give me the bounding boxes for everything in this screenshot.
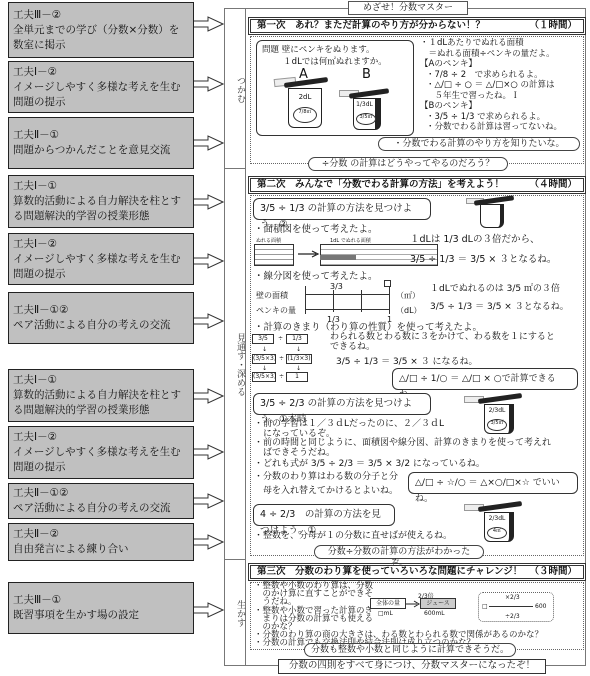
callout-1: 工夫Ⅲ－② 全単元までの学び（分数×分数）を数室に掲示 [8, 2, 194, 58]
rule-steps: 3/5 ÷ 1/3 ↓ ↓ (3/5×3) ÷ (1/3×3) ↓ ↓ (3/5… [252, 334, 328, 384]
callout-body: 全単元までの学び（分数×分数）を数室に掲示 [13, 23, 189, 53]
task3-box: 4 ÷ 2/3 の計算の方法を見つけよう。① [253, 504, 395, 526]
can-area: 7/8㎡ [293, 107, 317, 123]
arrow-icon [194, 534, 224, 550]
can-label: 2/3dL [485, 407, 509, 415]
phase-tsukamu: つかむ [224, 8, 246, 168]
arrow-icon [194, 388, 224, 404]
line-result-2: 3/5 ÷ 1/3 ＝ 3/5 × ３となるね。 [430, 302, 569, 313]
section3-header: 第三次 分数のわり算を使っていろいろな問題にチャレンジ！ （３時間） [250, 565, 584, 579]
callout-title: 工夫Ⅱ－② [13, 527, 189, 542]
paint-can-icon: 2/3dL 4㎡ [474, 500, 524, 544]
rule-text-3: 3/5 ÷ 1/3 ＝ 3/5 × ３ になるね。 [336, 357, 478, 368]
callout-body: 算数的活動による自力解決を柱とする問題解決的学習の授業形態 [13, 194, 189, 224]
section-hours: （１時間） [529, 20, 577, 32]
line-unit-1: （㎡） [396, 290, 420, 301]
diagram-total-box: 全体の量 [370, 598, 406, 609]
note-line: 【Aのペンキ】 [420, 59, 584, 70]
want-to-know-bubble: ・分数でわる計算のやり方を知りたいな。 [378, 137, 580, 151]
line-top-label: 3/3 [330, 281, 343, 292]
callout-title: 工夫Ⅰ－① [13, 373, 189, 388]
rule-text-2: できるね。 [330, 342, 375, 353]
line-bottom [305, 309, 389, 310]
note-line: ・１dLあたりでぬれる面積 [420, 38, 584, 49]
task2-formula-box: △/□ ÷ ☆/○ ＝ △×○/□×☆ でいいね。 [408, 472, 578, 494]
callout-4: 工夫Ⅰ－① 算数的活動による自力解決を柱とする問題解決的学習の授業形態 [8, 175, 194, 228]
problem-line2: １dLでは何㎡ぬれますか。 [262, 56, 408, 68]
step-op: ÷ [279, 373, 284, 380]
can-b-letter: B [362, 68, 371, 81]
callout-title: 工夫Ⅰ－② [13, 237, 189, 252]
section-title: 第二次 みんなで「分数でわる計算の方法」を考えよう！ [257, 179, 504, 191]
callout-body: ペア活動による自分の考えの交流 [13, 318, 189, 333]
area-result-1: １dLは 1/3 dLの３倍だから、 [410, 234, 539, 245]
callout-title: 工夫Ⅲ－② [13, 8, 189, 23]
callout-title: 工夫Ⅰ－① [13, 179, 189, 194]
paint-can-icon [470, 196, 516, 230]
arrow-icon [194, 444, 224, 460]
arrow-icon [194, 135, 224, 151]
callout-body: 算数的活動による自力解決を柱とする問題解決的学習の授業形態 [13, 388, 189, 418]
phase-label: 生かす [235, 600, 245, 627]
can-label: 2/3dL [485, 515, 509, 523]
reverse-top: ×2/3 [505, 594, 520, 601]
note-line: ・3/5 ÷ 1/3 で求められるよ。 [420, 112, 584, 123]
final-goal-banner: 分数の四則をすべて身につけ、分数マスターになったぞ！ [278, 659, 546, 674]
section1-header: 第一次 あれ？まただ計算のやり方が分からない！？ （１時間） [250, 19, 584, 33]
arrow-icon [194, 76, 224, 92]
callout-5: 工夫Ⅰ－② イメージしやすく多様な考えを生む問題の提示 [8, 233, 194, 285]
line-row1-label: 壁の面積 [256, 290, 288, 301]
step-cell: (1/3×3) [286, 354, 312, 364]
callout-title: 工夫Ⅱ－①② [13, 486, 189, 501]
diagram-juice-box: ジュース [420, 598, 456, 609]
callout-8: 工夫Ⅰ－② イメージしやすく多様な考えを生む問題の提示 [8, 426, 194, 479]
step-cell: (3/5×3) [252, 372, 276, 382]
tick [333, 290, 334, 312]
section-title: 第一次 あれ？まただ計算のやり方が分からない！？ [257, 20, 485, 32]
reverse-bottom: ÷2/3 [505, 613, 520, 620]
problem-line1: 壁にペンキをぬります。 [282, 45, 375, 55]
callout-title: 工夫Ⅱ－① [13, 128, 189, 143]
note-line: 【Bのペンキ】 [420, 101, 584, 112]
step-cell: 1/3 [286, 334, 308, 344]
arrow-right-icon [298, 250, 320, 258]
callout-body: イメージしやすく多様な考えを生む問題の提示 [13, 445, 189, 475]
problem-label: 問題 [262, 45, 279, 55]
arrow-icon [194, 313, 224, 329]
phase-mitoosu: 見通す・深める [224, 168, 246, 559]
callout-title: 工夫Ⅲ－① [13, 593, 189, 608]
tick [305, 286, 306, 314]
unknown-box [384, 280, 391, 287]
callout-6: 工夫Ⅱ－①② ペア活動による自分の考えの交流 [8, 292, 194, 344]
area-shaded [320, 255, 356, 260]
callout-body: イメージしやすく多様な考えを生む問題の提示 [13, 252, 189, 282]
note-line: ・7/8 ÷ 2 で求められるよ。 [420, 70, 584, 81]
callout-7: 工夫Ⅰ－① 算数的活動による自力解決を柱とする問題解決的学習の授業形態 [8, 369, 194, 422]
rule-formula-box: △/□ ÷ 1/○ ＝ △/□ × ○で計算できるね。 [392, 368, 578, 390]
step-op: ÷ [278, 335, 283, 342]
callout-11: 工夫Ⅲ－① 既習事項を生かす場の設定 [8, 582, 194, 634]
line-unit-2: （dL） [396, 305, 422, 316]
note-line: ・△/□ ÷ ○ ＝ △/□×○ の計算は [420, 80, 584, 91]
tick [361, 290, 362, 312]
section-hours: （３時間） [529, 566, 577, 578]
line-row2-label: ペンキの量 [256, 305, 296, 316]
note-line: ・分数でわる計算は習ってないね。 [420, 122, 584, 133]
callout-3: 工夫Ⅱ－① 問題からつかんだことを意見交流 [8, 117, 194, 169]
reverse-right: 600 [535, 603, 546, 610]
phase-label: 見通す・深める [235, 333, 245, 396]
area-result-2: 3/5 ÷ 1/3 ＝ 3/5 × ３となるね。 [410, 254, 556, 265]
section2-conclusion: 分数÷分数の計算の方法がわかったぞ。 [314, 545, 484, 559]
note-line: ばできそうだね。 [254, 449, 584, 459]
paint-can-a-icon: 2dL 7/8㎡ [280, 76, 330, 132]
section1-notes: ・１dLあたりでぬれる面積 ＝ぬれる面積÷ペンキの量だよ。 【Aのペンキ】 ・7… [420, 38, 584, 133]
callout-body: ペア活動による自分の考えの交流 [13, 501, 189, 516]
step-cell: (3/5×3) [252, 354, 276, 364]
paint-can-b-icon: 1/3dL 3/5㎡ [345, 88, 391, 134]
reverse-diagram: □ ×2/3 600 ÷2/3 [478, 592, 554, 622]
task2-box: 3/5 ÷ 2/3 の計算の方法を見つけよう。①本時 [253, 393, 431, 415]
phase-label: つかむ [235, 76, 245, 103]
arrow-icon [194, 253, 224, 269]
note-line: ＝ぬれる面積÷ペンキの量だよ。 [420, 49, 584, 60]
arrow-icon [194, 602, 224, 618]
can-area: 3/5㎡ [356, 113, 376, 125]
section2-header: 第二次 みんなで「分数でわる計算の方法」を考えよう！ （４時間） [250, 178, 584, 192]
can-label: 1/3dL [354, 101, 375, 109]
step-cell: 3/5 [252, 334, 274, 344]
task3-note: ・整数を、分母が１の分数に直せばが使えるね。 [254, 531, 452, 542]
step-op: ÷ [279, 355, 284, 362]
callout-9: 工夫Ⅱ－①② ペア活動による自分の考えの交流 [8, 483, 194, 519]
callout-body: 自由発言による練り合い [13, 542, 189, 557]
arrow-icon [194, 493, 224, 509]
callout-title: 工夫Ⅱ－①② [13, 303, 189, 318]
can-label: 2dL [289, 93, 321, 101]
section-title: 第三次 分数のわり算を使っていろいろな問題にチャレンジ！ [257, 566, 522, 578]
callout-body: 問題からつかんだことを意見交流 [13, 143, 189, 158]
area-diagram-left [254, 244, 294, 266]
line-top [305, 294, 389, 295]
callout-title: 工夫Ⅰ－② [13, 430, 189, 445]
arrow-icon [194, 194, 224, 210]
line-diagram-note: ・線分図を使って考えたよ。 [254, 271, 378, 282]
goal-banner: めざせ！分数マスター [348, 1, 468, 15]
note-line: ・どれも式が 3/5 ÷ 2/3 ＝ 3/5 × 3/2 になっているね。 [254, 460, 584, 470]
diagram-val-2: 600mL [424, 610, 445, 617]
callout-10: 工夫Ⅱ－② 自由発言による練り合い [8, 523, 194, 561]
section-hours: （４時間） [529, 179, 577, 191]
phase-ikasu: 生かす [224, 559, 246, 666]
area-diagram-note: ・面積図を使って考えたよ。 [254, 224, 378, 235]
note-line: ５年生で習ったね。Ｉ [420, 91, 584, 102]
task1-box: 3/5 ÷ 1/3 の計算の方法を見つけよう。② [253, 198, 431, 220]
callout-body: 既習事項を生かす場の設定 [13, 608, 189, 623]
section3-conclusion: 分数も整数や小数と同じように計算できそうだ。 [304, 643, 516, 657]
line-result-1: １dLでぬれるのは 3/5 ㎡の３倍 [430, 284, 560, 295]
callout-2: 工夫Ⅰ－② イメージしやすく多様な考えを生む問題の提示 [8, 61, 194, 113]
callout-title: 工夫Ⅰ－② [13, 65, 189, 80]
tick [389, 286, 390, 314]
diagram-val-1: □mL [378, 610, 393, 617]
reverse-left: □ [482, 603, 488, 610]
section1-question: ÷分数 の計算はどうやってやるのだろう？ [308, 157, 508, 171]
can-area: 4㎡ [487, 527, 507, 539]
arrow-right-icon [406, 600, 420, 608]
callout-body: イメージしやすく多様な考えを生む問題の提示 [13, 80, 189, 110]
step-cell: 1 [286, 372, 308, 382]
arrow-icon [194, 16, 224, 32]
